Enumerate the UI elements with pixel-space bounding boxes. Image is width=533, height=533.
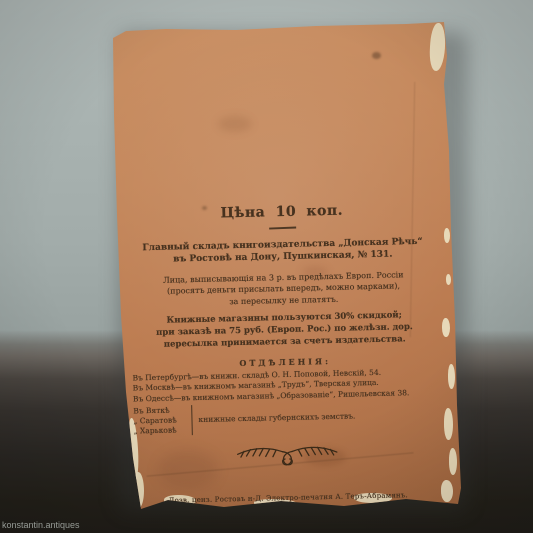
brace-line	[191, 405, 193, 435]
divider-rule	[269, 226, 296, 229]
zemstvo-note: книжные склады губернскихъ земствъ.	[198, 411, 355, 425]
paper-chip	[449, 448, 457, 475]
photo-scene: Цѣна 10 коп. Главный складъ книгоиздател…	[0, 0, 533, 533]
ornament-flourish-icon	[128, 438, 447, 473]
paper-chip	[448, 364, 455, 389]
zemstvo-city-list: Въ Вяткѣ „ Саратовѣ „ Харьковѣ	[133, 405, 190, 437]
zemstvo-city-kharkov: „ Харьковѣ	[134, 425, 190, 436]
paper-chip	[444, 228, 450, 243]
printed-text-block: Цѣна 10 коп. Главный складъ книгоиздател…	[123, 200, 448, 505]
zemstvo-branches-row: Въ Вяткѣ „ Саратовѣ „ Харьковѣ книжные с…	[133, 399, 446, 436]
paper-chip	[446, 274, 451, 285]
book-back-cover: Цѣна 10 коп. Главный складъ книгоиздател…	[106, 20, 462, 514]
watermark-text: konstantin.antiques	[2, 520, 80, 530]
